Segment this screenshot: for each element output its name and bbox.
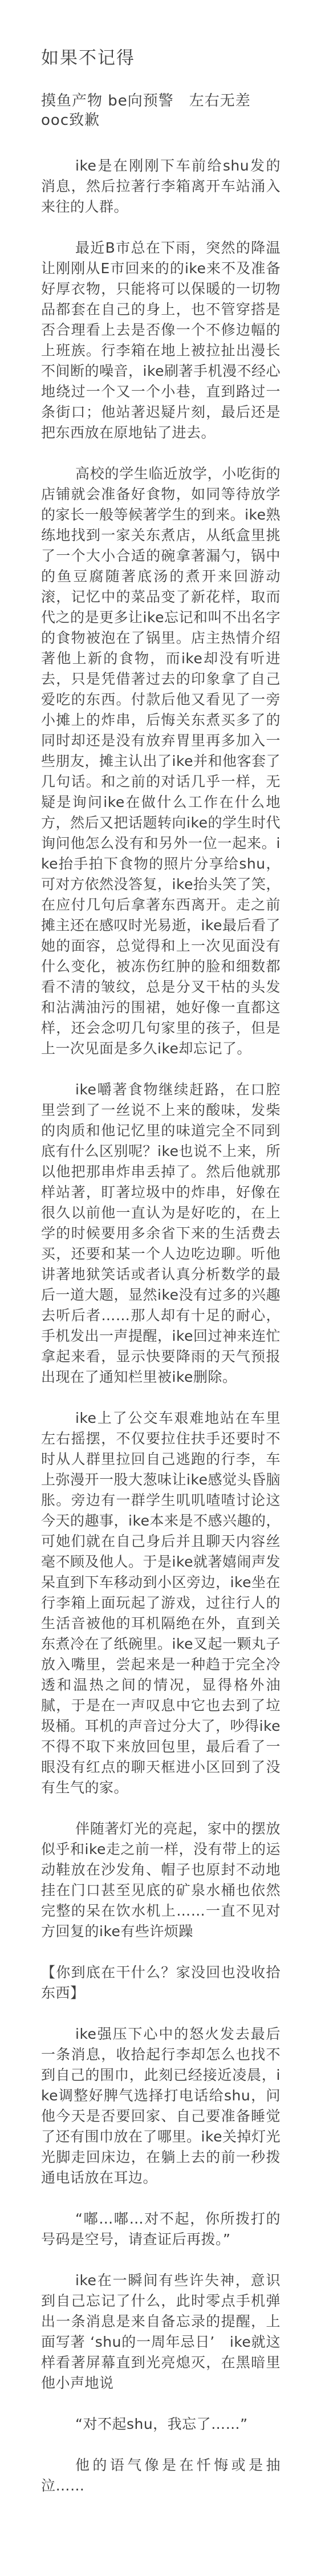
story-paragraph: 高校的学生临近放学，小吃街的店铺就会准备好食物，如同等待放学的家长一般等候著学生… [41,464,281,1059]
story-paragraph: 他的语气像是在忏悔或是抽泣…… [41,2455,281,2496]
dialogue-paragraph: “嘟…嘟…对不起，你所拨打的号码是空号，请查证后再拨。” [41,2209,281,2250]
story-body: ike是在刚刚下车前给shu发的消息，然后拉著行李箱离开车站涌入来往的人群。 最… [41,156,281,2496]
content-warnings: 摸鱼产物 be向预警 左右无差 ooc致歉 [41,92,281,131]
story-title: 如果不记得 [41,48,281,69]
story-paragraph: 最近B市总在下雨，突然的降温让刚刚从E市回来的的ike来不及准备好厚衣物，只能将… [41,238,281,443]
story-paragraph: 伴随著灯光的亮起，家中的摆放似乎和ike走之前一样，没有带上的运动鞋放在沙发角、… [41,1819,281,1942]
story-paragraph: ike嚼著食物继续赶路，在口腔里尝到了一丝说不上来的酸味，发柴的肉质和他记忆里的… [41,1080,281,1388]
story-paragraph: ike强压下心中的怒火发去最后一条消息，收拾起行李却怎么也找不到自己的围巾，此刻… [41,2024,281,2188]
chat-message-paragraph: 【你到底在干什么？家没回也没收拾东西】 [41,1962,281,2003]
story-paragraph: ike是在刚刚下车前给shu发的消息，然后拉著行李箱离开车站涌入来往的人群。 [41,156,281,217]
story-paragraph: ike上了公交车艰难地站在车里左右摇摆，不仅要拉住扶手还要时不时从人群里拉回自己… [41,1408,281,1798]
story-paragraph: ike在一瞬间有些许失神，意识到自己忘记了什么，此时零点手机弹出一条消息是来自备… [41,2270,281,2394]
story-page: 如果不记得 摸鱼产物 be向预警 左右无差 ooc致歉 ike是在刚刚下车前给s… [0,0,321,2576]
dialogue-paragraph: “对不起shu，我忘了……” [41,2414,281,2435]
